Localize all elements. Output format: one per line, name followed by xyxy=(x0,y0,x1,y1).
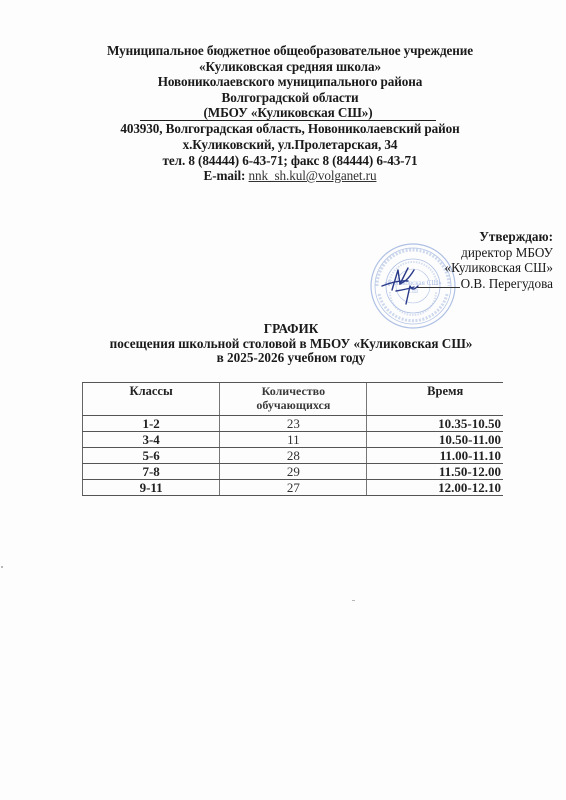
approver-position: директор МБОУ xyxy=(416,245,553,261)
table-row: 7-8 29 11.50-12.00 xyxy=(83,464,504,480)
header-time: Время xyxy=(367,383,503,416)
org-abbreviation: (МБОУ «Куликовская СШ») xyxy=(140,105,436,121)
table-row: 5-6 28 11.00-11.10 xyxy=(83,448,504,464)
cell-classes: 7-8 xyxy=(83,464,220,480)
cell-classes: 1-2 xyxy=(83,416,220,432)
cafeteria-schedule-table: Классы Количество обучающихся Время 1-2 … xyxy=(82,382,503,496)
header-students-line-1: Количество xyxy=(262,384,325,398)
header-students-line-2: обучающихся xyxy=(256,398,330,412)
document-page: Муниципальное бюджетное общеобразователь… xyxy=(0,0,566,800)
scan-speck xyxy=(1,566,3,568)
cell-classes: 9-11 xyxy=(83,480,220,496)
table-row: 3-4 11 10.50-11.00 xyxy=(83,432,504,448)
cell-time: 11.00-11.10 xyxy=(367,448,503,464)
cell-time: 10.50-11.00 xyxy=(367,432,503,448)
cell-students: 11 xyxy=(220,432,367,448)
cell-time: 10.35-10.50 xyxy=(367,416,503,432)
scan-speck xyxy=(352,600,355,601)
table-row: 1-2 23 10.35-10.50 xyxy=(83,416,504,432)
cell-classes: 3-4 xyxy=(83,432,220,448)
address-line-2: х.Куликовский, ул.Пролетарская, 34 xyxy=(0,137,566,153)
letterhead: Муниципальное бюджетное общеобразователь… xyxy=(0,43,566,184)
cell-students: 27 xyxy=(220,480,367,496)
cell-time: 11.50-12.00 xyxy=(367,464,503,480)
approval-title: Утверждаю: xyxy=(416,229,553,245)
schedule-period: в 2025-2026 учебном году xyxy=(0,351,566,366)
cell-time: 12.00-12.10 xyxy=(367,480,503,496)
email-label: E-mail: xyxy=(204,168,246,183)
schedule-subtitle: посещения школьной столовой в МБОУ «Кули… xyxy=(0,337,566,352)
org-name-line-2: «Куликовская средняя школа» xyxy=(0,59,566,75)
table-row: 9-11 27 12.00-12.10 xyxy=(83,480,504,496)
email-line: E-mail: nnk_sh.kul@volganet.ru xyxy=(0,168,566,184)
director-signature xyxy=(378,260,438,310)
cell-students: 29 xyxy=(220,464,367,480)
org-name-line-1: Муниципальное бюджетное общеобразователь… xyxy=(0,43,566,59)
email-link[interactable]: nnk_sh.kul@volganet.ru xyxy=(249,168,377,183)
cell-students: 28 xyxy=(220,448,367,464)
schedule-heading: ГРАФИК посещения школьной столовой в МБО… xyxy=(0,322,566,366)
org-name-line-4: Волгоградской области xyxy=(0,90,566,106)
cell-students: 23 xyxy=(220,416,367,432)
approver-name: О.В. Перегудова xyxy=(461,276,553,291)
header-students: Количество обучающихся xyxy=(220,383,367,416)
address-line-1: 403930, Волгоградская область, Новоникол… xyxy=(0,121,566,137)
table-header-row: Классы Количество обучающихся Время xyxy=(83,383,504,416)
schedule-title: ГРАФИК xyxy=(0,322,566,337)
cell-classes: 5-6 xyxy=(83,448,220,464)
phone-fax-line: тел. 8 (84444) 6-43-71; факс 8 (84444) 6… xyxy=(0,153,566,169)
header-classes: Классы xyxy=(83,383,220,416)
org-name-line-3: Новониколаевского муниципального района xyxy=(0,74,566,90)
